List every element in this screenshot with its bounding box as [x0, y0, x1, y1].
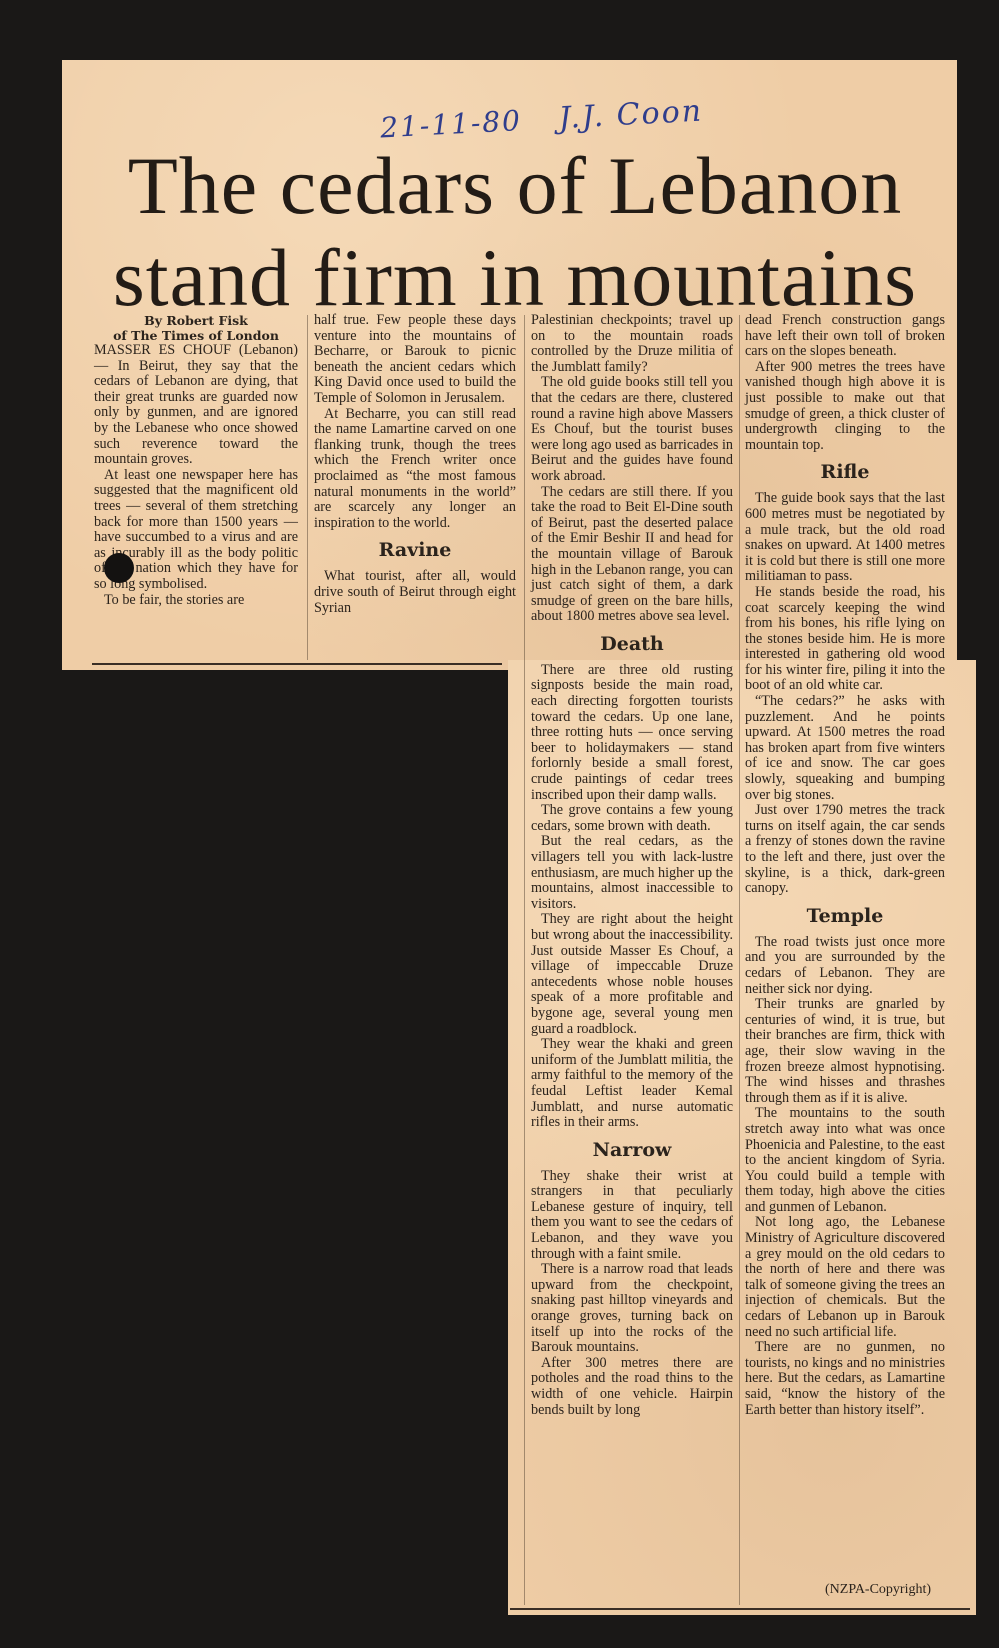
paragraph: There is a narrow road that leads upward…: [531, 1262, 733, 1356]
paragraph: To be fair, the stories are: [94, 593, 298, 609]
paragraph: The old guide books still tell you that …: [531, 375, 733, 484]
paragraph: They wear the khaki and green uniform of…: [531, 1037, 733, 1131]
subheading-rifle: Rifle: [745, 461, 945, 483]
byline-author: By Robert Fisk: [94, 313, 298, 328]
bottom-rule: [92, 663, 502, 665]
paragraph: Their trunks are gnarled by centuries of…: [745, 997, 945, 1106]
paragraph: The guide book says that the last 600 me…: [745, 491, 945, 585]
column-rule: [524, 315, 525, 1605]
article-column-4: dead French construction gangs have left…: [745, 313, 945, 1418]
paragraph: What tourist, after all, would drive sou…: [314, 569, 516, 616]
headline: The cedars of Lebanon stand firm in moun…: [80, 140, 950, 324]
paragraph: He stands beside the road, his coat scar…: [745, 585, 945, 694]
article-column-3: Palestinian checkpoints; travel up on to…: [531, 313, 733, 1418]
paragraph: The cedars are still there. If you take …: [531, 485, 733, 625]
headline-line-1: The cedars of Lebanon: [80, 140, 950, 232]
paragraph: Palestinian checkpoints; travel up on to…: [531, 313, 733, 375]
column-rule: [739, 315, 740, 1605]
paragraph: They are right about the height but wron…: [531, 912, 733, 1037]
paragraph: dead French construction gangs have left…: [745, 313, 945, 360]
paragraph: The grove contains a few young cedars, s…: [531, 803, 733, 834]
subheading-death: Death: [531, 633, 733, 655]
paragraph: There are three old rusting signposts be…: [531, 663, 733, 803]
paragraph: After 300 metres there are potholes and …: [531, 1356, 733, 1418]
paragraph: They shake their wrist at strangers in t…: [531, 1169, 733, 1263]
paragraph: “The cedars?” he asks with puzzlement. A…: [745, 694, 945, 803]
bottom-rule: [510, 1608, 970, 1610]
column-rule: [307, 315, 308, 660]
paragraph: But the real cedars, as the villagers te…: [531, 834, 733, 912]
article-column-2: half true. Few people these days venture…: [314, 313, 516, 616]
paragraph: After 900 metres the trees have vanished…: [745, 360, 945, 454]
copyright-notice: (NZPA-Copyright): [825, 1582, 931, 1598]
subheading-temple: Temple: [745, 905, 945, 927]
paragraph: At Becharre, you can still read the name…: [314, 407, 516, 532]
subheading-ravine: Ravine: [314, 539, 516, 561]
byline-paper: of The Times of London: [94, 328, 298, 343]
paragraph: The mountains to the south stretch away …: [745, 1106, 945, 1215]
punch-hole: [104, 553, 134, 583]
paragraph: The road twists just once more and you a…: [745, 935, 945, 997]
paragraph: MASSER ES CHOUF (Lebanon) — In Beirut, t…: [94, 343, 298, 468]
paragraph: half true. Few people these days venture…: [314, 313, 516, 407]
paragraph: Not long ago, the Lebanese Ministry of A…: [745, 1215, 945, 1340]
paragraph: There are no gunmen, no tourists, no kin…: [745, 1340, 945, 1418]
handwritten-date: 21-11-80: [379, 104, 522, 144]
paragraph: Just over 1790 metres the track turns on…: [745, 803, 945, 897]
headline-line-2: stand firm in mountains: [80, 232, 950, 324]
subheading-narrow: Narrow: [531, 1139, 733, 1161]
